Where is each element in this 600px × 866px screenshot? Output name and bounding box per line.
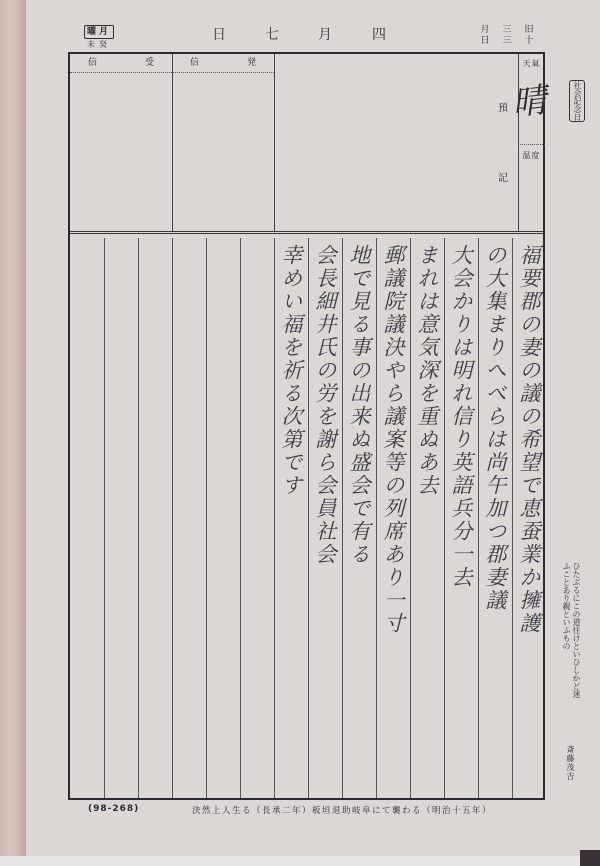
weekday-sub-label: 未癸: [84, 39, 114, 50]
date-day-glyph: 日: [212, 27, 226, 43]
diary-line-2: の大集まりへべらは尚午加つ郡妻議: [480, 244, 510, 612]
column-rule: [512, 238, 513, 798]
date-month-number-glyph: 四: [372, 27, 386, 43]
memo-column[interactable]: 預 記 晴: [274, 54, 519, 231]
old-calendar-char: 三: [502, 36, 512, 47]
memo-label-bottom: 記: [498, 169, 508, 184]
column-rule: [444, 238, 445, 798]
old-calendar-values: 三 三: [502, 25, 512, 47]
memo-label-top: 預: [498, 99, 508, 114]
diary-line-6: 地で見る事の出来ぬ盛会で有る: [344, 244, 374, 566]
weather-label: 天氣: [518, 58, 545, 69]
column-rule: [240, 238, 241, 798]
column-rule: [274, 238, 275, 798]
anniversary-tag: 社会記念日: [569, 80, 585, 122]
header-char: 信: [88, 54, 97, 72]
background-corner: [580, 850, 600, 866]
diary-frame: 信 受 信 発 預 記 晴 天氣 温度: [68, 52, 545, 800]
column-rule: [342, 238, 343, 798]
form-code: (98-268): [88, 804, 139, 814]
column-rule: [104, 238, 105, 798]
column-rule: [206, 238, 207, 798]
diary-line-3: 大会かりは明れ信り英語兵分一去: [446, 244, 476, 589]
header-char: 信: [190, 54, 199, 72]
old-calendar-char: 三: [502, 25, 512, 36]
date-month-glyph: 月: [318, 27, 332, 43]
sent-letters-header: 信 発: [172, 54, 274, 73]
diary-line-1: 福要郡の妻の議の希望で恵蚕業か擁護: [514, 244, 544, 635]
column-rule: [308, 238, 309, 798]
sent-letters-column[interactable]: 信 発: [172, 54, 275, 231]
poem-line-2: ふことあり親といふもの: [561, 562, 571, 742]
old-calendar-units: 月 日: [480, 25, 490, 47]
weather-column[interactable]: 天氣 温度: [518, 54, 545, 231]
book-binding: [0, 0, 22, 866]
old-calendar-char: 旧: [524, 25, 534, 36]
header-char: 発: [247, 54, 256, 72]
page-bottom-edge: [0, 856, 600, 866]
diary-line-4: まれは意気深を重ぬあ去: [412, 244, 442, 497]
received-letters-column[interactable]: 信 受: [70, 54, 173, 231]
poem-text: ひたぶるにこの道往けといひしかど迷 ふことあり親といふもの: [561, 562, 581, 742]
old-calendar-char: 日: [480, 36, 490, 47]
column-rule: [376, 238, 377, 798]
weather-divider: [518, 144, 545, 145]
temperature-label: 温度: [518, 150, 545, 161]
column-rule: [478, 238, 479, 798]
received-letters-header: 信 受: [70, 54, 172, 73]
poem-line-1: ひたぶるにこの道往けといひしかど迷: [571, 562, 581, 742]
old-calendar-char: 十: [524, 36, 534, 47]
daily-history-quote: 決然上人生る（長承二年）板垣退助岐阜にて襲わる（明治十五年）: [192, 804, 492, 816]
diary-line-8: 幸めい福を祈る次第です: [276, 244, 306, 497]
diary-writing-area[interactable]: 福要郡の妻の議の希望で恵蚕業か擁護 の大集まりへべらは尚午加つ郡妻議 大会かりは…: [70, 238, 543, 798]
poet-name: 斎藤茂吉: [565, 745, 576, 781]
upper-section: 信 受 信 発 預 記 晴 天氣 温度: [70, 54, 543, 234]
column-rule: [138, 238, 139, 798]
weekday-label-box: 曜月: [84, 25, 114, 39]
column-rule: [172, 238, 173, 798]
header-char: 受: [145, 54, 154, 72]
old-calendar-char: 月: [480, 25, 490, 36]
old-calendar-label: 旧 十: [524, 25, 534, 47]
diary-line-5: 郵議院議決やら議案等の列席あり一寸: [378, 244, 408, 635]
column-rule: [410, 238, 411, 798]
date-number-glyph: 七: [265, 27, 279, 43]
diary-line-7: 会長細井氏の労を謝ら会員社会: [310, 244, 340, 566]
